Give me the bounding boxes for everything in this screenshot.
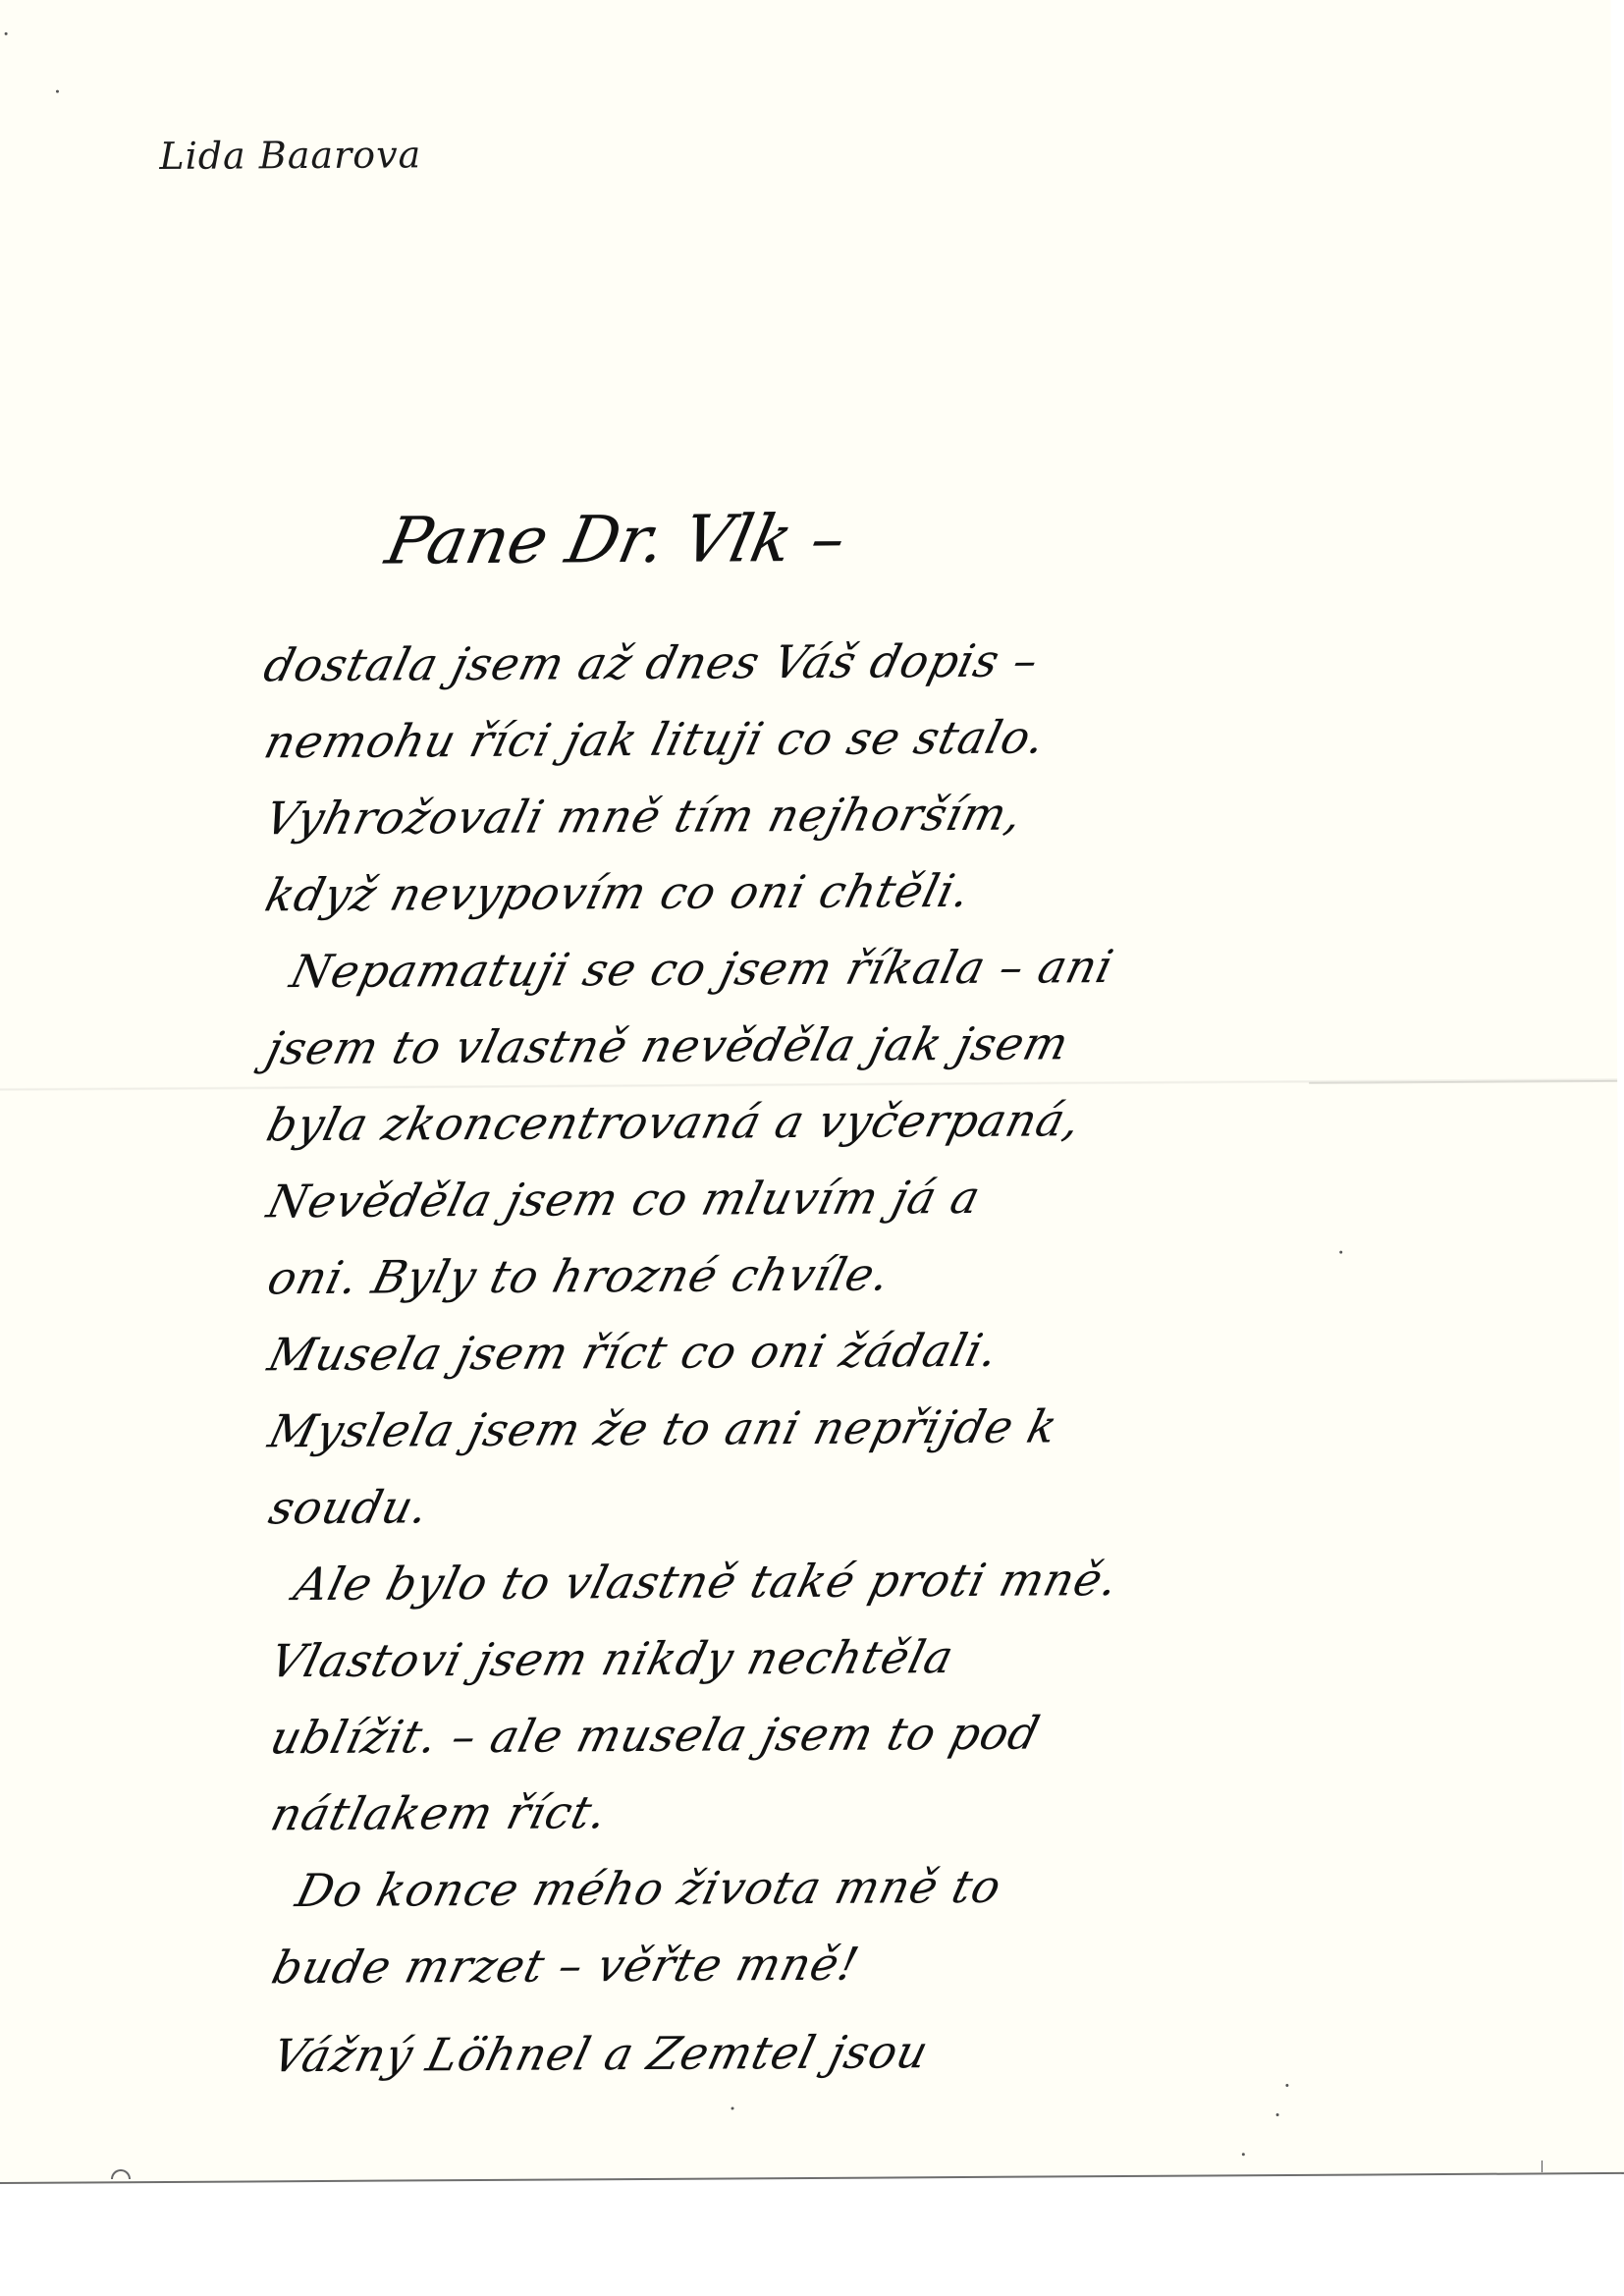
letterhead-name: Lida Baarova xyxy=(159,133,421,178)
letter-line: soudu. xyxy=(261,1462,1409,1546)
paper-speck xyxy=(1339,1251,1342,1254)
paper-speck xyxy=(731,2106,734,2109)
letter-line: Vlastovi jsem nikdy nechtěla xyxy=(262,1615,1410,1699)
letter-line: dostala jsem až dnes Váš dopis – xyxy=(256,620,1404,703)
salutation: Pane Dr. Vlk – xyxy=(380,501,852,579)
paper-edge-tick xyxy=(1542,2160,1543,2172)
paper-speck xyxy=(1242,2153,1245,2156)
letter-line: jsem to vlastně nevěděla jak jsem xyxy=(258,1003,1406,1086)
letter-body: dostala jsem až dnes Váš dopis –nemohu ř… xyxy=(255,620,1393,2094)
letter-paper: Lida Baarova Pane Dr. Vlk – dostala jsem… xyxy=(0,0,1624,2184)
letter-line: ublížit. – ale musela jsem to pod xyxy=(262,1692,1410,1776)
paper-speck xyxy=(1285,2084,1288,2087)
letter-line: Musela jsem říct co oni žádali. xyxy=(260,1309,1408,1393)
paper-speck xyxy=(5,32,8,35)
letter-line: nátlakem říct. xyxy=(263,1769,1411,1852)
letter-line: Vážný Löhnel a Zemtel jsou xyxy=(264,2010,1412,2094)
letter-line: oni. Byly to hrozné chvíle. xyxy=(260,1232,1408,1316)
letter-line: Vyhrožovali mně tím nejhorším, xyxy=(257,773,1405,856)
letter-line: Nepamatuji se co jsem říkala – ani xyxy=(258,926,1406,1010)
letter-line: byla zkoncentrovaná a vyčerpaná, xyxy=(259,1079,1407,1163)
letter-line: nemohu říci jak lituji co se stalo. xyxy=(256,696,1404,780)
letter-line: když nevypovím co oni chtěli. xyxy=(257,849,1405,933)
paper-speck xyxy=(56,90,59,93)
letter-line: Nevěděla jsem co mluvím já a xyxy=(259,1156,1407,1239)
letter-line: Do konce mého života mně to xyxy=(263,1845,1411,1929)
letter-line: Myslela jsem že to ani nepřijde k xyxy=(261,1386,1409,1469)
paper-speck xyxy=(1276,2113,1279,2116)
letter-line: bude mrzet – věřte mně! xyxy=(264,1922,1412,2005)
letter-line: Ale bylo to vlastně také proti mně. xyxy=(262,1539,1410,1622)
